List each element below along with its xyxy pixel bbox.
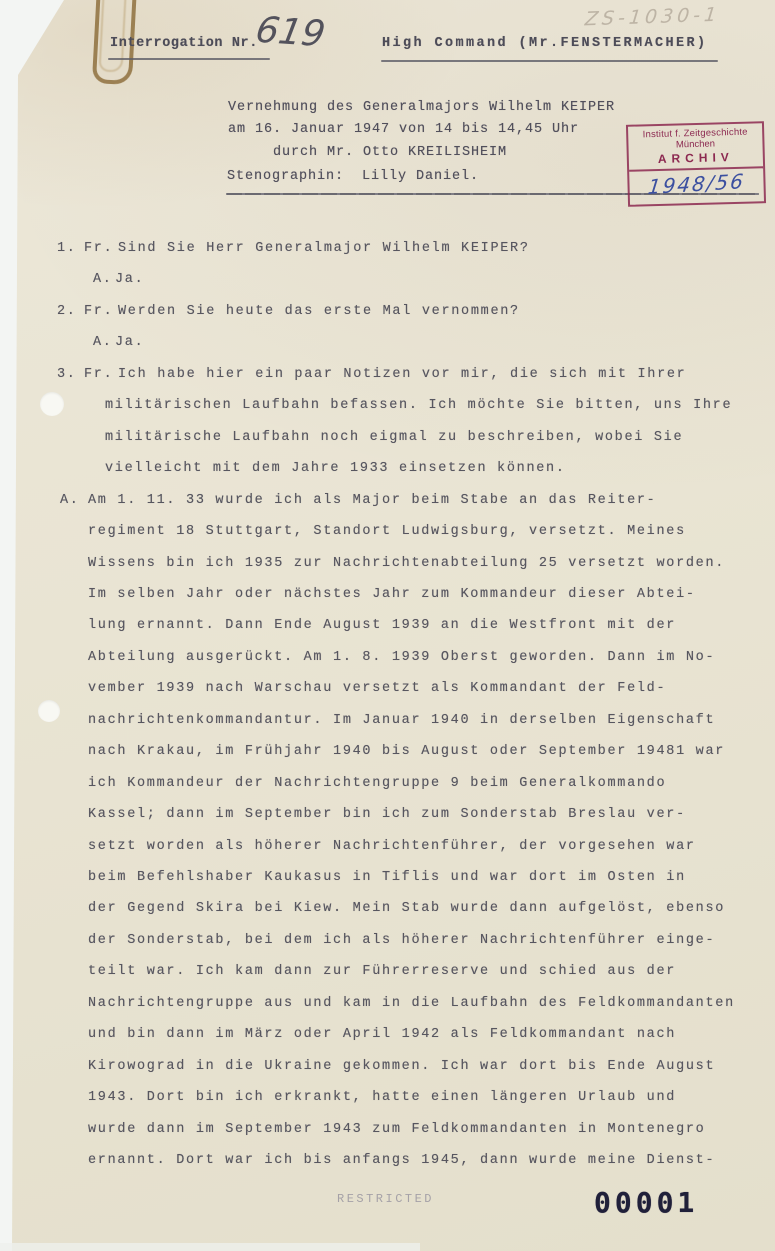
qa-body: 1.Fr.Sind Sie Herr Generalmajor Wilhelm … [0,0,775,1251]
qa-line: ernannt. Dort war ich bis anfangs 1945, … [0,1153,775,1173]
qa-line: regiment 18 Stuttgart, Standort Ludwigsb… [0,524,775,544]
qa-line: vember 1939 nach Warschau versetzt als K… [0,681,775,701]
qa-line: lung ernannt. Dann Ende August 1939 an d… [0,618,775,638]
qa-line: nachrichtenkommandantur. Im Januar 1940 … [0,713,775,733]
qa-line: Im selben Jahr oder nächstes Jahr zum Ko… [0,587,775,607]
qa-line: teilt war. Ich kam dann zur Führerreserv… [0,964,775,984]
qa-line: der Sonderstab, bei dem ich als höherer … [0,933,775,953]
document-scan-page: ZS-1030-1 Interrogation Nr. 619 High Com… [0,0,775,1251]
qa-line: A.Am 1. 11. 33 wurde ich als Major beim … [0,493,775,513]
qa-line: setzt worden als höherer Nachrichtenführ… [0,839,775,859]
qa-line: Abteilung ausgerückt. Am 1. 8. 1939 Ober… [0,650,775,670]
page-number-stamp: 00001 [594,1186,698,1219]
qa-line: beim Befehlshaber Kaukasus in Tiflis und… [0,870,775,890]
qa-line: 2.Fr.Werden Sie heute das erste Mal vern… [0,304,775,324]
qa-line: Kirowograd in die Ukraine gekommen. Ich … [0,1059,775,1079]
qa-line: A.Ja. [0,335,775,355]
qa-line: 1943. Dort bin ich erkrankt, hatte einen… [0,1090,775,1110]
qa-line: nach Krakau, im Frühjahr 1940 bis August… [0,744,775,764]
qa-line: Nachrichtengruppe aus und kam in die Lau… [0,996,775,1016]
qa-line: militärische Laufbahn noch eigmal zu bes… [0,430,775,450]
qa-line: Kassel; dann im September bin ich zum So… [0,807,775,827]
qa-line: und bin dann im März oder April 1942 als… [0,1027,775,1047]
qa-line: wurde dann im September 1943 zum Feldkom… [0,1122,775,1142]
qa-line: 1.Fr.Sind Sie Herr Generalmajor Wilhelm … [0,241,775,261]
qa-line: A.Ja. [0,272,775,292]
qa-line: vielleicht mit dem Jahre 1933 einsetzen … [0,461,775,481]
qa-line: 3.Fr.Ich habe hier ein paar Notizen vor … [0,367,775,387]
qa-line: ich Kommandeur der Nachrichtengruppe 9 b… [0,776,775,796]
qa-line: der Gegend Skira bei Kiew. Mein Stab wur… [0,901,775,921]
qa-line: militärischen Laufbahn befassen. Ich möc… [0,398,775,418]
qa-line: Wissens bin ich 1935 zur Nachrichtenabte… [0,556,775,576]
footer-classification: RESTRICTED [337,1192,434,1206]
